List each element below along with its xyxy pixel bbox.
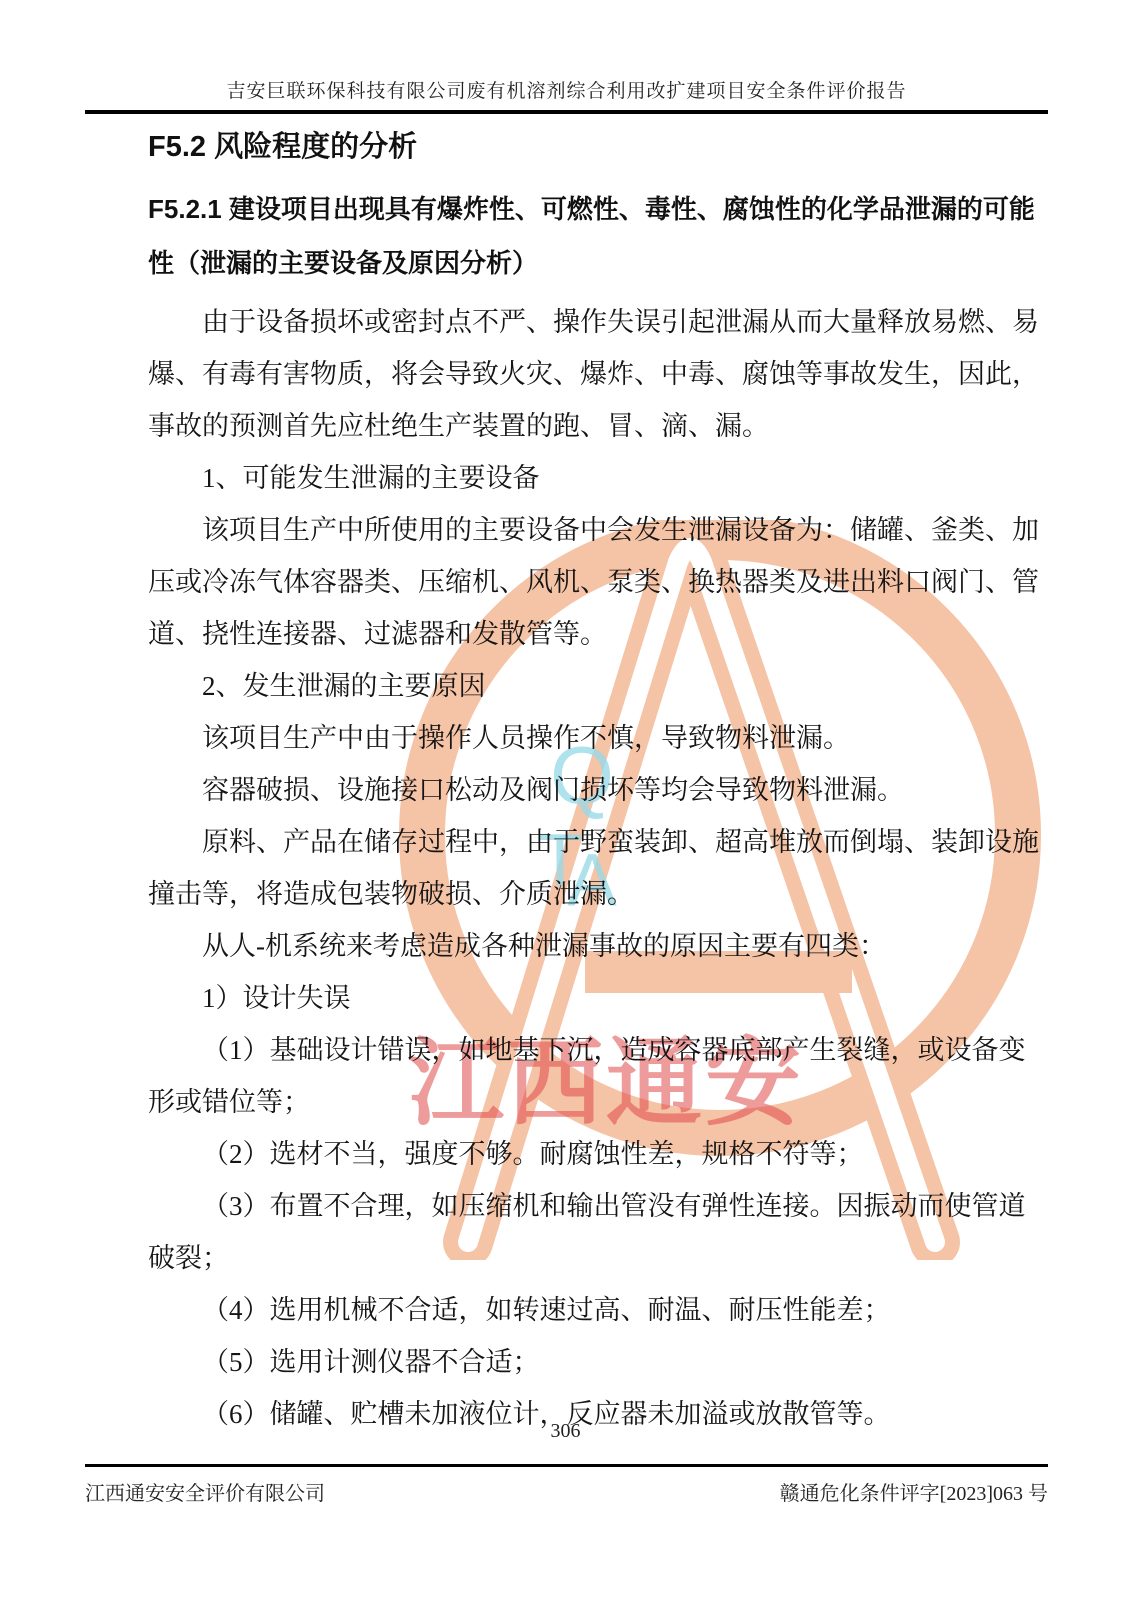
body-paragraph: （1）基础设计错误，如地基下沉，造成容器底部产生裂缝，或设备变形或错位等；: [148, 1024, 1046, 1128]
body-paragraph: 原料、产品在储存过程中，由于野蛮装卸、超高堆放而倒塌、装卸设施撞击等，将造成包装…: [148, 816, 1046, 920]
body-paragraph: （2）选材不当，强度不够。耐腐蚀性差，规格不符等；: [148, 1128, 1046, 1180]
page-number: 306: [0, 1420, 1131, 1443]
body-paragraph: 1、可能发生泄漏的主要设备: [148, 452, 1046, 504]
document-body: F5.2 风险程度的分析 F5.2.1 建设项目出现具有爆炸性、可燃性、毒性、腐…: [148, 126, 1046, 1440]
subsection-heading: F5.2.1 建设项目出现具有爆炸性、可燃性、毒性、腐蚀性的化学品泄漏的可能性（…: [148, 182, 1046, 290]
body-paragraph: 2、发生泄漏的主要原因: [148, 660, 1046, 712]
body-paragraph: 1）设计失误: [148, 972, 1046, 1024]
body-paragraph: 由于设备损坏或密封点不严、操作失误引起泄漏从而大量释放易燃、易爆、有毒有害物质，…: [148, 296, 1046, 452]
footer-company: 江西通安安全评价有限公司: [85, 1477, 325, 1506]
body-paragraph: 从人-机系统来考虑造成各种泄漏事故的原因主要有四类：: [148, 920, 1046, 972]
header-rule: [85, 110, 1048, 114]
section-heading: F5.2 风险程度的分析: [148, 126, 1046, 168]
footer-rule: [85, 1464, 1048, 1467]
body-paragraph: （5）选用计测仪器不合适；: [148, 1336, 1046, 1388]
body-paragraph: （3）布置不合理，如压缩机和输出管没有弹性连接。因振动而使管道破裂；: [148, 1180, 1046, 1284]
page-footer: 江西通安安全评价有限公司 赣通危化条件评字[2023]063 号: [85, 1477, 1048, 1506]
footer-doc-number: 赣通危化条件评字[2023]063 号: [780, 1477, 1048, 1506]
body-paragraph: 容器破损、设施接口松动及阀门损坏等均会导致物料泄漏。: [148, 764, 1046, 816]
header-title: 吉安巨联环保科技有限公司废有机溶剂综合利用改扩建项目安全条件评价报告: [85, 76, 1048, 103]
body-paragraph: （4）选用机械不合适，如转速过高、耐温、耐压性能差；: [148, 1284, 1046, 1336]
body-paragraph: 该项目生产中由于操作人员操作不慎，导致物料泄漏。: [148, 712, 1046, 764]
document-page: 吉安巨联环保科技有限公司废有机溶剂综合利用改扩建项目安全条件评价报告 Q T A…: [0, 0, 1131, 1600]
body-paragraph: 该项目生产中所使用的主要设备中会发生泄漏设备为：储罐、釜类、加压或冷冻气体容器类…: [148, 504, 1046, 660]
